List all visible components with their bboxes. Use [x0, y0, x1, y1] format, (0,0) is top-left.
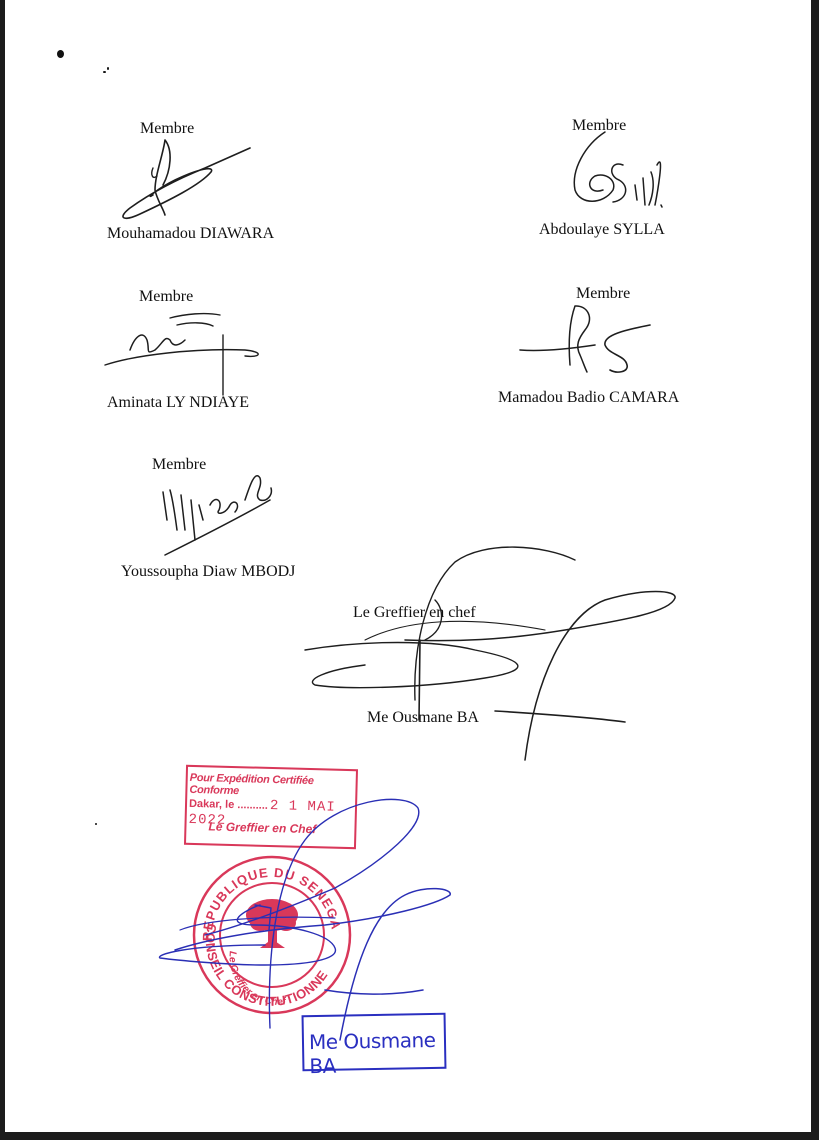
svg-text:Le Greffier en Chef: Le Greffier en Chef: [227, 951, 289, 1008]
name-stamp: Me Ousmane BA: [302, 1013, 447, 1072]
member-name: Abdoulaye SYLLA: [539, 222, 665, 238]
clerk-name: Me Ousmane BA: [367, 710, 479, 726]
member-title: Membre: [152, 457, 206, 473]
certification-stamp: Pour Expédition Certifiée Conforme Dakar…: [184, 765, 358, 849]
member-title: Membre: [576, 286, 630, 302]
ink-mark: [57, 50, 64, 58]
official-seal: REPUBLIQUE DU SENEGAL CONSEIL CONSTITUTI…: [190, 853, 355, 1018]
member-title: Membre: [572, 118, 626, 134]
name-stamp-text: Me Ousmane BA: [309, 1028, 445, 1078]
member-name: Mouhamadou DIAWARA: [107, 226, 274, 242]
baobab-emblem-icon: [246, 899, 298, 948]
member-name: Youssoupha Diaw MBODJ: [121, 564, 295, 580]
member-title: Membre: [140, 121, 194, 137]
member-name: Aminata LY NDIAYE: [107, 395, 249, 411]
clerk-title: Le Greffier en chef: [353, 605, 476, 621]
ink-mark: [95, 823, 97, 825]
ink-mark: [103, 71, 106, 73]
document-page: Membre Mouhamadou DIAWARA Membre Abdoula…: [5, 0, 811, 1132]
stamp-location: Dakar, le ..........: [189, 798, 268, 812]
ink-mark: [107, 67, 109, 70]
member-title: Membre: [139, 289, 193, 305]
stamp-line-3: Le Greffier en Chef: [208, 819, 316, 836]
member-name: Mamadou Badio CAMARA: [498, 390, 679, 406]
seal-center-text: Le Greffier en Chef: [227, 951, 289, 1008]
